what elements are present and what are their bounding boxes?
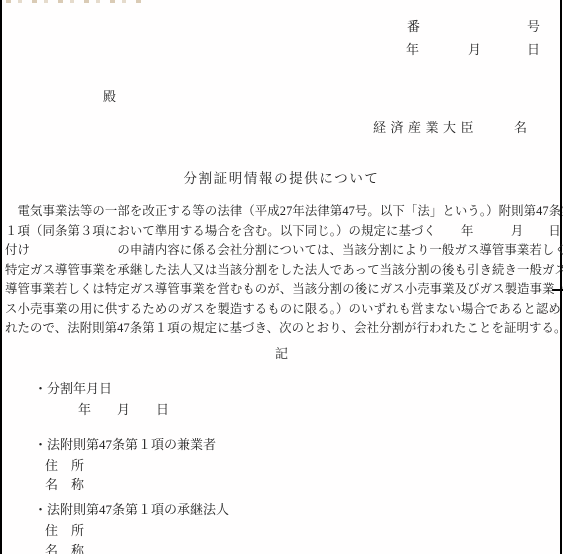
document-title: 分割証明情報の提供について [0,167,563,187]
operator-name-label: 名 称 [45,477,84,492]
body-line: １項（同条第３項において準用する場合を含む。以下同じ。）の規定に基づく 年 月 … [5,222,558,242]
issuer-title: 経済産業大臣 [373,120,478,135]
successor-address-label: 住 所 [45,523,84,538]
item-operator-label: ・法附則第47条第１項の兼業者 [34,437,216,452]
body-line: れたので、法附則第47条第１項の規定に基づき、次のとおり、会社分割が行われたこと… [5,319,558,339]
body-paragraph: 電気事業法等の一部を改正する等の法律（平成27年法律第47号。以下「法」という。… [5,202,558,339]
successor-name-label: 名 称 [45,543,84,554]
item-division-date-label: ・分割年月日 [34,381,112,396]
page-left-border [0,0,2,554]
recipient-honorific: 殿 [103,89,116,104]
page-right-border [560,0,562,554]
date-day-label: 日 [527,42,540,57]
ki-heading: 記 [0,343,563,362]
division-date-value-line: 年 月 日 [78,402,169,417]
date-year-label: 年 [406,42,419,57]
body-line: 導管事業若しくは特定ガス導管事業を営むものが、当該分割の後にガス小売事業及びガス… [5,280,558,300]
date-month-label: 月 [468,42,481,57]
body-line: 特定ガス導管事業を承継した法人又は当該分割をした法人であって当該分割の後も引き続… [5,261,558,281]
issuer-name-label: 名 [514,120,527,135]
item-successor-label: ・法附則第47条第１項の承継法人 [34,502,229,517]
operator-address-label: 住 所 [45,458,84,473]
clipped-text-fragment [6,0,144,3]
doc-number-suffix: 号 [527,19,540,34]
body-line: ス小売事業の用に供するためのガスを製造するものに限る。）のいずれも営まない場合で… [5,300,558,320]
body-line: 付け の申請内容に係る会社分割については、当該分割により一般ガス導管事業若しくは [5,241,558,261]
doc-number-label: 番 [407,19,420,34]
document-page: 番 号 年 月 日 殿 経済産業大臣 名 分割証明情報の提供について 電気事業法… [0,0,563,554]
body-line: 電気事業法等の一部を改正する等の法律（平成27年法律第47号。以下「法」という。… [5,202,558,222]
